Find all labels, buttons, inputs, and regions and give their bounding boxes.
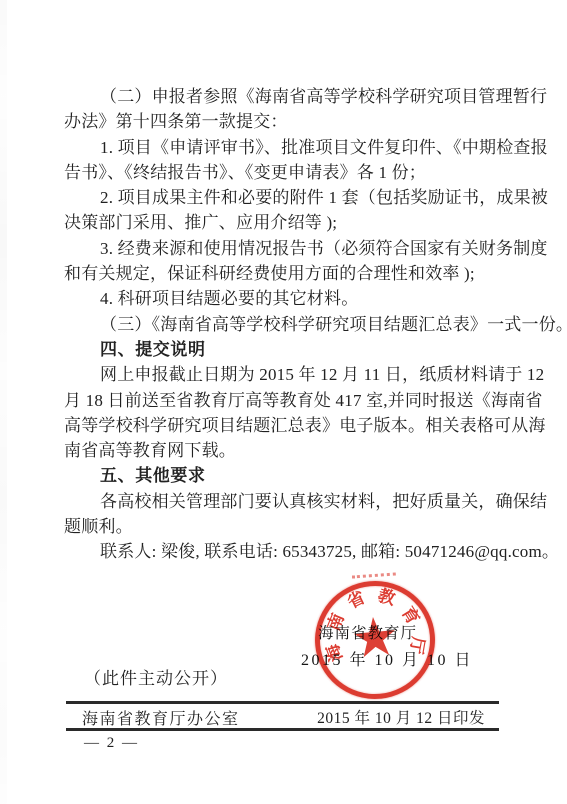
body-line: 各高校相关管理部门要认真核实材料，把好质量关，确保结 <box>64 489 526 514</box>
body-line: 3. 经费来源和使用情况报告书（必须符合国家有关财务制度 <box>64 236 526 261</box>
footer-office-name: 海南省教育厅办公室 <box>82 706 240 729</box>
body-line: 和有关规定，保证科研经费使用方面的合理性和效率 ); <box>64 261 526 286</box>
official-seal: ★ 海 南 省 教 育 厅 <box>310 576 440 704</box>
body-line: 南省高等教育网下载。 <box>64 438 526 463</box>
seal-arc-char: 厅 <box>406 635 427 656</box>
body-line: 高等学校科学研究项目结题汇总表》电子版本。相关表格可从海 <box>64 413 526 438</box>
body-line: （二）申报者参照《海南省高等学校科学研究项目管理暂行 <box>64 84 526 109</box>
disclosure-note: （此件主动公开） <box>84 664 228 689</box>
body-line: 月 18 日前送至省教育厅高等教育处 417 室,并同时报送《海南省 <box>64 388 526 413</box>
footer-rule-bottom <box>66 728 499 731</box>
body-line: 网上申报截止日期为 2015 年 12 月 11 日，纸质材料请于 12 <box>64 362 526 387</box>
body-line: 告书》、《终结报告书》、《变更申请表》各 1 份； <box>64 160 526 185</box>
document-body-text: （二）申报者参照《海南省高等学校科学研究项目管理暂行 办法》第十四条第一款提交：… <box>64 84 526 565</box>
contact-info-line: 联系人: 梁俊, 联系电话: 65343725, 邮箱: 50471246@qq… <box>64 539 526 564</box>
body-line: （三）《海南省高等学校科学研究项目结题汇总表》一式一份。 <box>64 312 526 337</box>
page-number: — 2 — <box>84 735 139 752</box>
body-line: 决策部门采用、推广、应用介绍等 ); <box>64 210 526 235</box>
seal-star-icon: ★ <box>348 609 401 667</box>
section-heading-other-requirements: 五、其他要求 <box>64 463 526 488</box>
section-heading-submission: 四、提交说明 <box>64 337 526 362</box>
body-line: 办法》第十四条第一款提交： <box>64 109 526 134</box>
body-line: 2. 项目成果主件和必要的附件 1 套（包括奖励证书，成果被 <box>64 185 526 210</box>
body-line: 4. 科研项目结题必要的其它材料。 <box>64 286 526 311</box>
footer-rule-top <box>66 701 499 704</box>
body-line: 题顺利。 <box>64 514 526 539</box>
scan-edge-artifact <box>0 0 7 804</box>
document-page: （二）申报者参照《海南省高等学校科学研究项目管理暂行 办法》第十四条第一款提交：… <box>0 0 567 804</box>
body-line: 1. 项目《申请评审书》、批准项目文件复印件、《中期检查报 <box>64 135 526 160</box>
footer-print-date: 2015 年 10 月 12 日印发 <box>317 706 485 728</box>
